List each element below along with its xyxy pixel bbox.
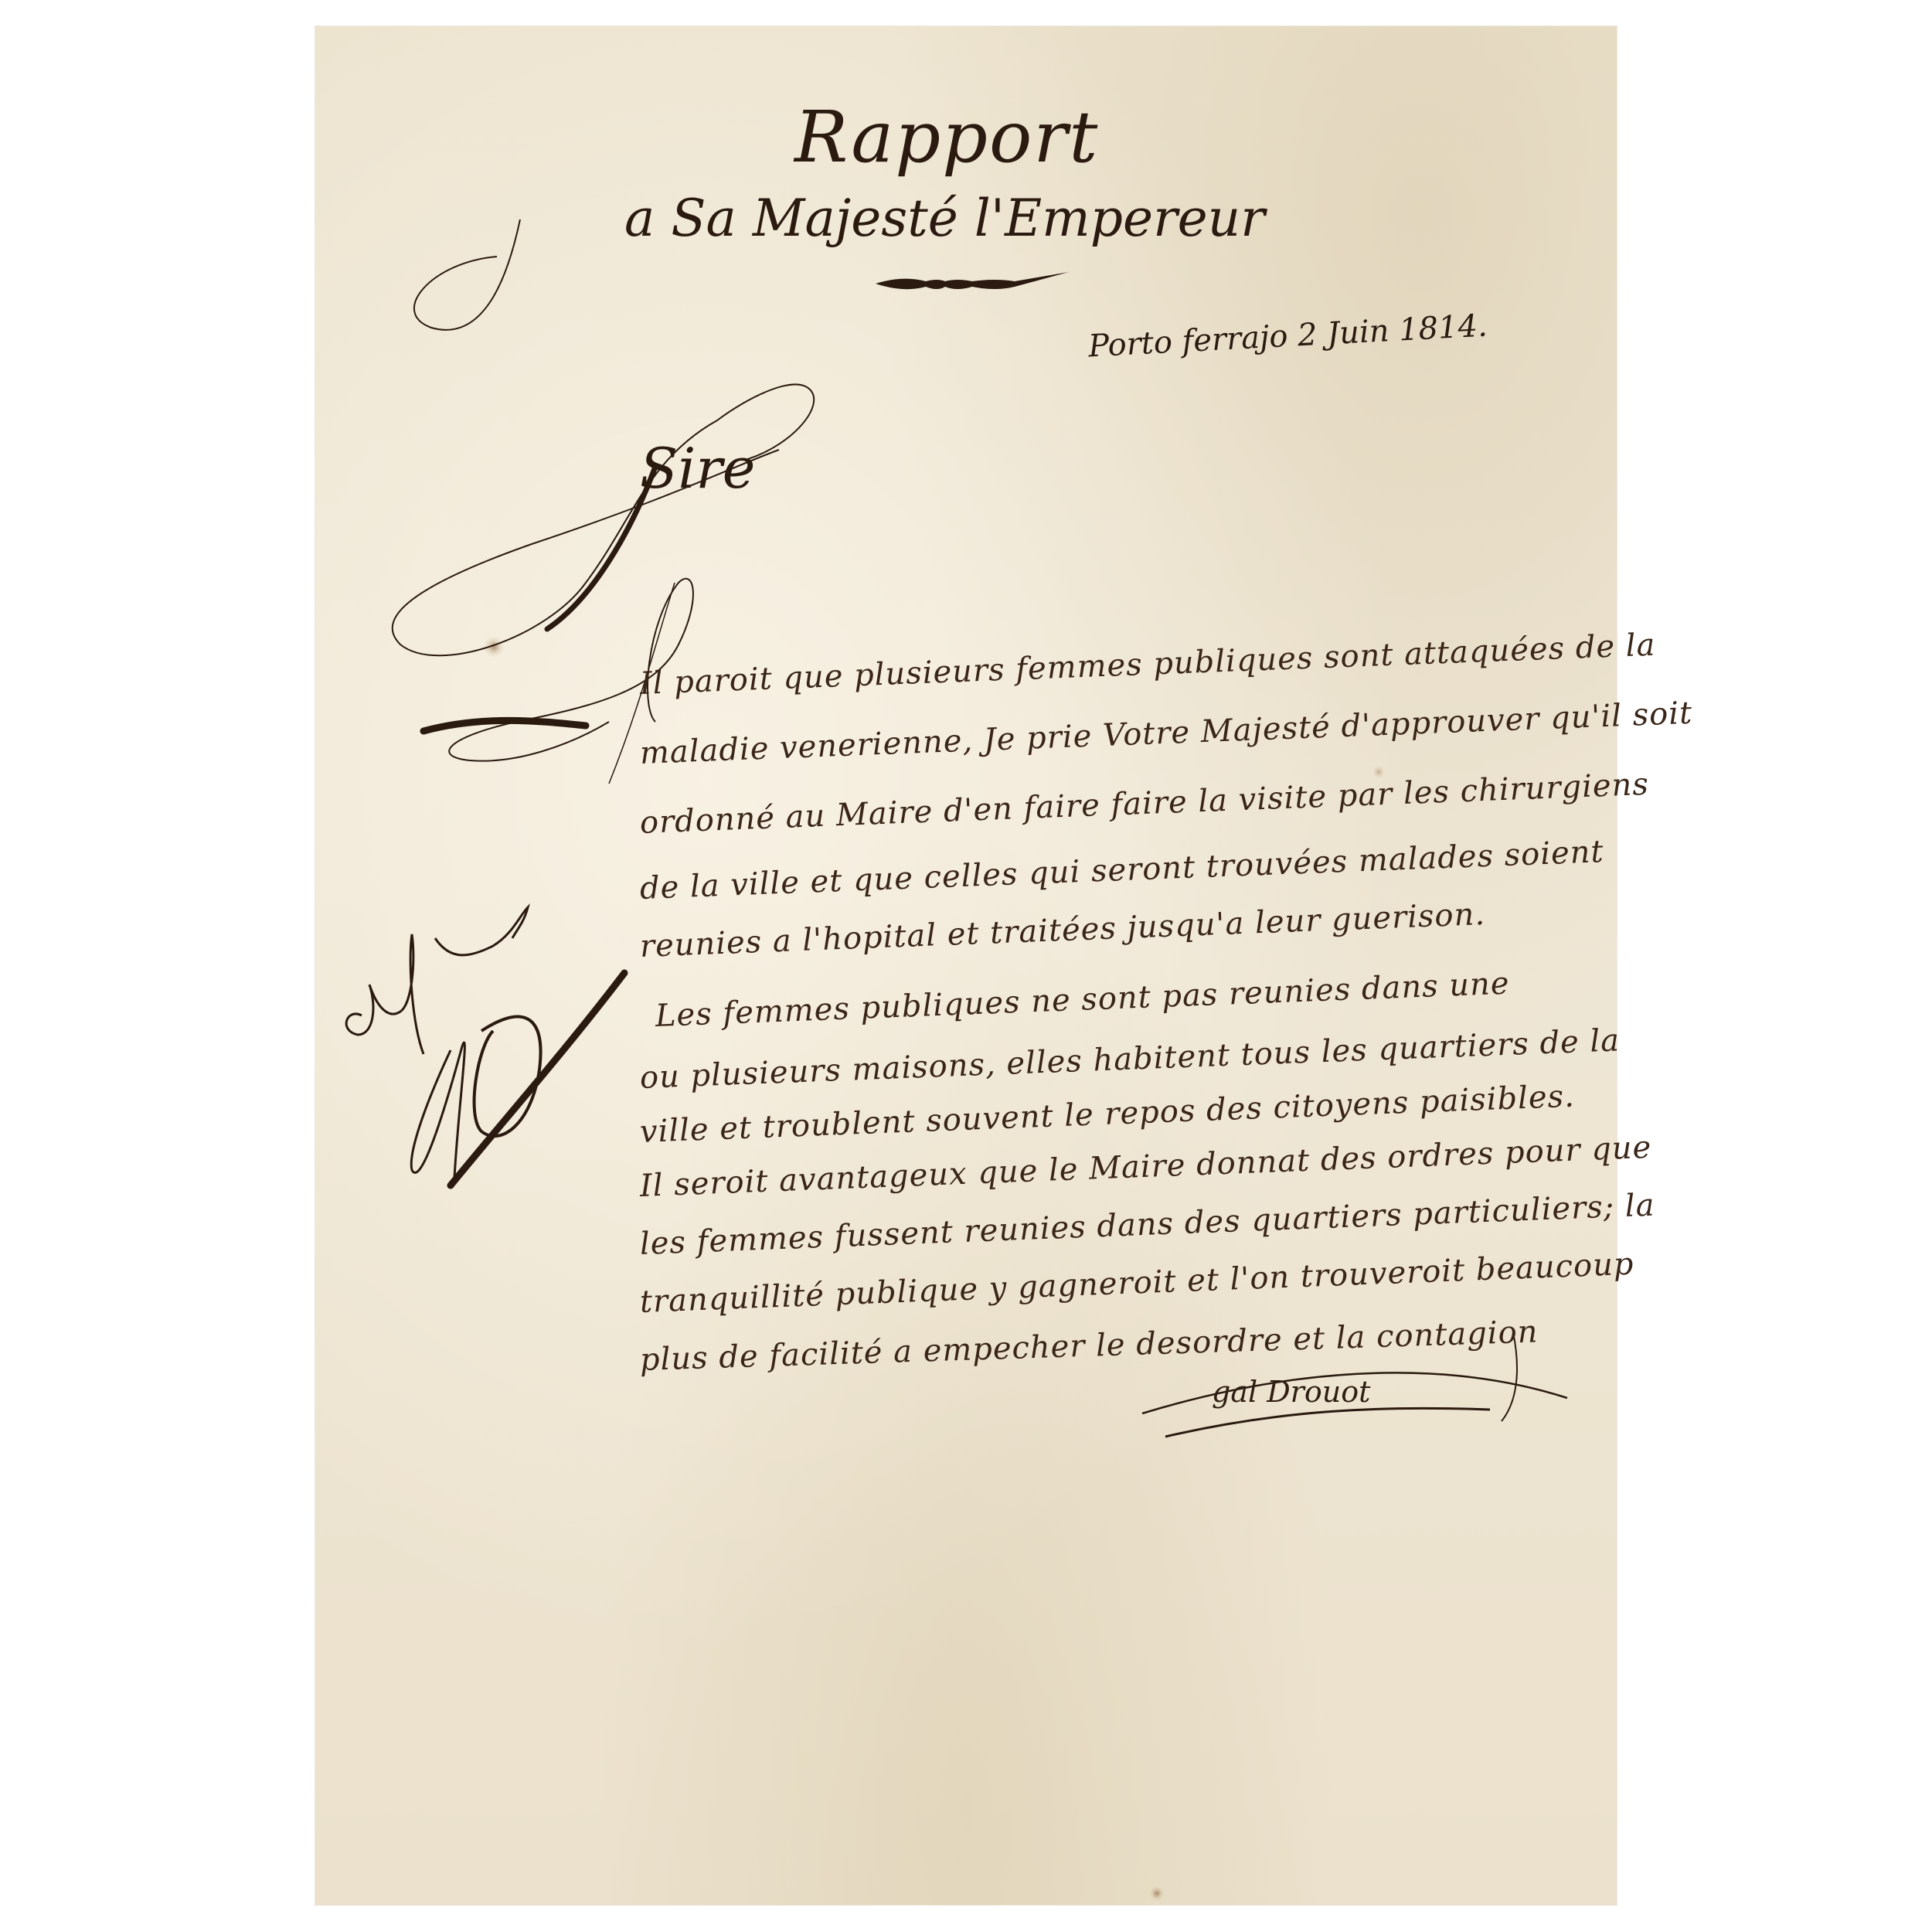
signature: gal Drouot [1212, 1375, 1370, 1409]
document-subtitle: a Sa Majesté l'Empereur [624, 189, 1265, 248]
header-ornament [876, 272, 1069, 289]
salutation: Sire [640, 436, 755, 501]
manuscript-page: Rapport a Sa Majesté l'Empereur Porto fe… [315, 26, 1617, 1905]
margin-approval-annotation [346, 907, 624, 1185]
calligraphic-flourishes [315, 26, 1617, 1905]
document-title: Rapport [794, 96, 1099, 179]
